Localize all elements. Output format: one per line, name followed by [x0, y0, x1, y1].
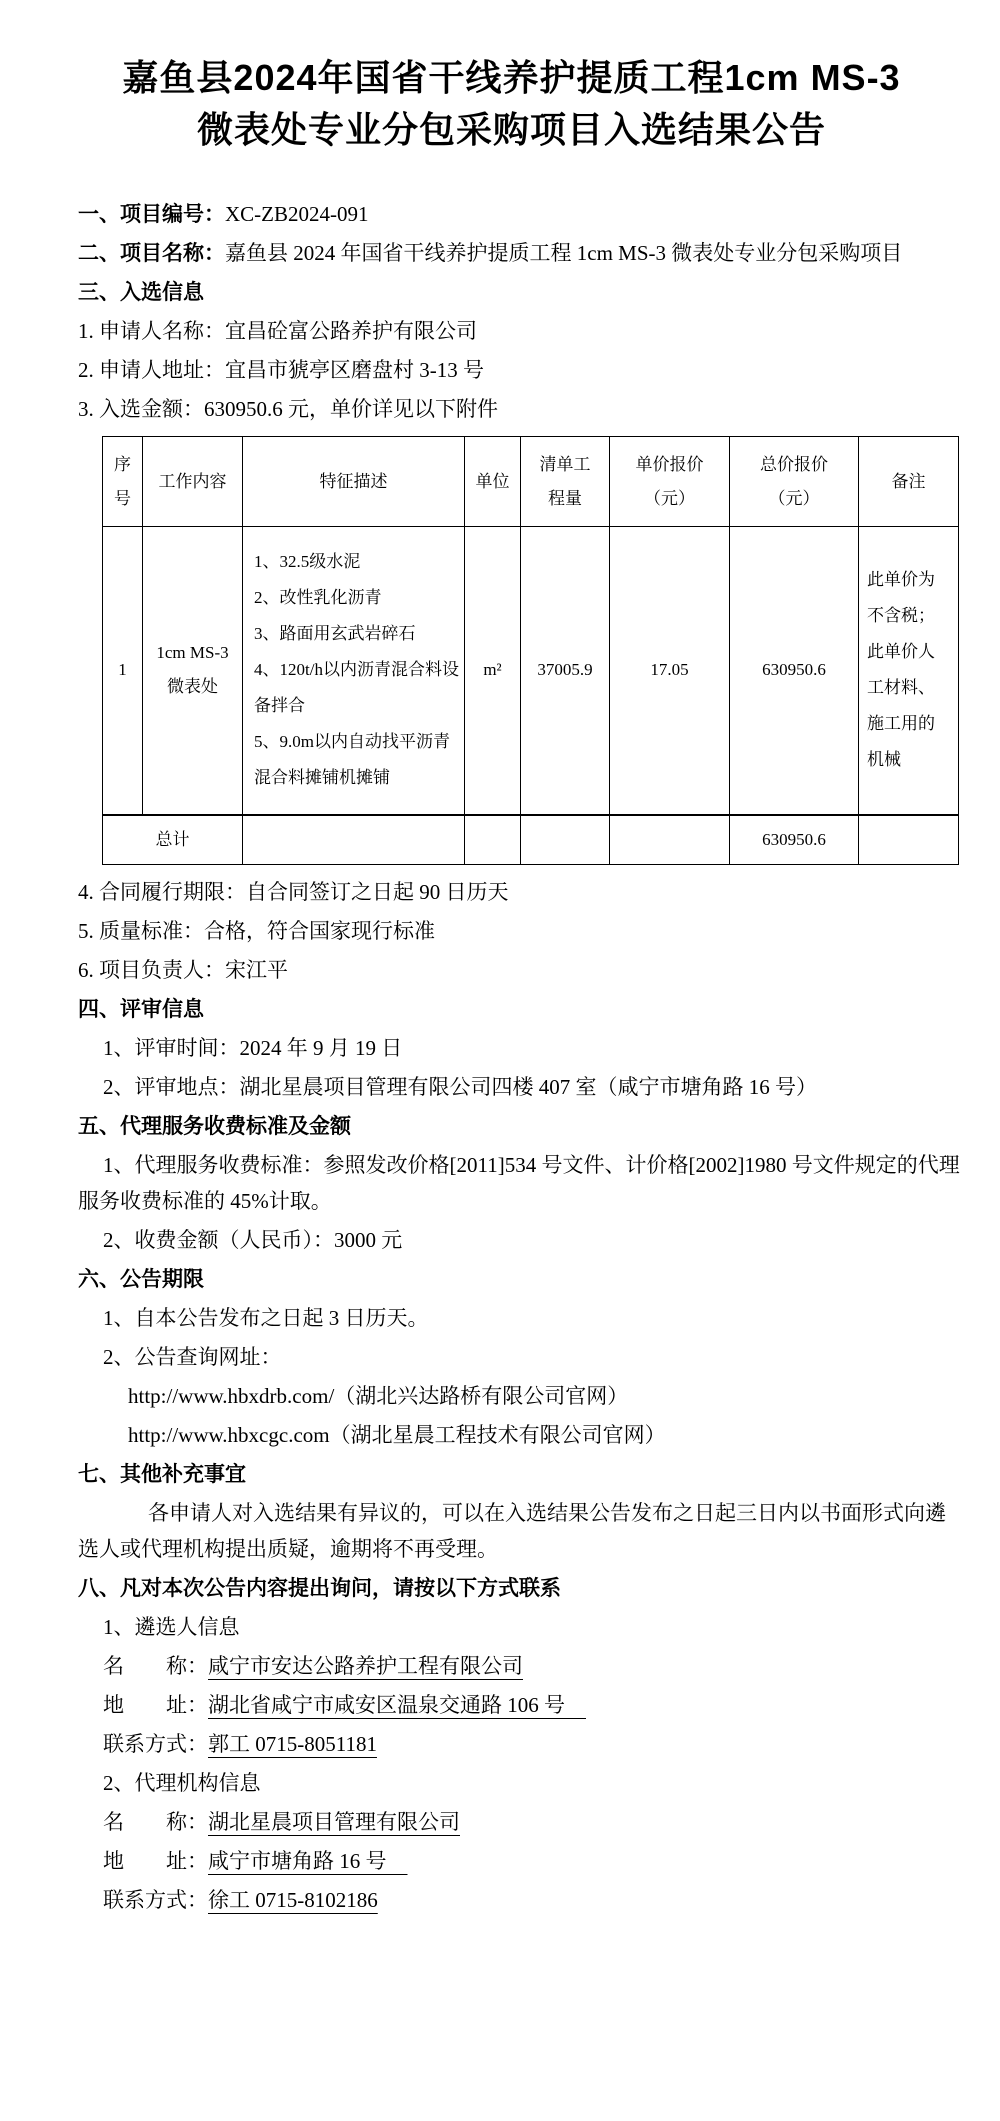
total-amount-cell: 630950.6 [730, 815, 859, 865]
applicant-address-line: 2. 申请人地址：宜昌市猇亭区磨盘村 3-13 号 [78, 352, 965, 388]
announcement-url-2: http://www.hbxcgc.com（湖北星晨工程技术有限公司官网） [78, 1417, 965, 1453]
project-number-line: 一、项目编号：XC-ZB2024-091 [78, 196, 965, 232]
agency-info-heading: 2、代理机构信息 [78, 1765, 965, 1801]
header-feature-desc: 特征描述 [243, 437, 465, 527]
selector-phone-line: 联系方式：郭工 0715-8051181 [78, 1726, 965, 1762]
total-empty-desc [243, 815, 465, 865]
header-seq: 序 号 [103, 437, 143, 527]
selector-address-value: 湖北省咸宁市咸安区温泉交通路 106 号 [208, 1693, 586, 1717]
table-total-row: 总计 630950.6 [103, 815, 959, 865]
agency-fee-standard-line: 1、代理服务收费标准：参照发改价格[2011]534 号文件、计价格[2002]… [78, 1147, 965, 1219]
review-time-line: 1、评审时间：2024 年 9 月 19 日 [78, 1030, 965, 1066]
selector-phone-label: 联系方式： [103, 1732, 208, 1756]
agency-name-value: 湖北星晨项目管理有限公司 [208, 1810, 460, 1834]
agency-phone-value: 徐工 0715-8102186 [208, 1888, 378, 1912]
total-empty-qty [521, 815, 610, 865]
project-number-value: XC-ZB2024-091 [225, 202, 369, 226]
table-header-row: 序 号 工作内容 特征描述 单位 清单工 程量 单价报价 （元） 总价报价 （元… [103, 437, 959, 527]
header-total-price: 总价报价 （元） [730, 437, 859, 527]
announcement-duration-line: 1、自本公告发布之日起 3 日历天。 [78, 1300, 965, 1336]
seq-cell: 1 [103, 527, 143, 815]
project-name-label: 二、项目名称： [78, 241, 225, 265]
contract-period-line: 4. 合同履行期限：自合同签订之日起 90 日历天 [78, 874, 965, 910]
work-content-cell: 1cm MS-3 微表处 [143, 527, 243, 815]
selector-name-label: 名 称： [103, 1654, 208, 1678]
selection-amount-line: 3. 入选金额：630950.6 元，单价详见以下附件 [78, 391, 965, 427]
selector-info-heading: 1、遴选人信息 [78, 1609, 965, 1645]
title-line-1: 嘉鱼县2024年国省干线养护提质工程1cm MS-3 [122, 57, 900, 98]
total-empty-unit-price [610, 815, 730, 865]
selector-name-line: 名 称：咸宁市安达公路养护工程有限公司 [78, 1648, 965, 1684]
announcement-url-1: http://www.hbxdrb.com/（湖北兴达路桥有限公司官网） [78, 1378, 965, 1414]
total-price-cell: 630950.6 [730, 527, 859, 815]
quantity-cell: 37005.9 [521, 527, 610, 815]
remark-cell: 此单价为不含税；此单价人工材料、施工用的机械 [859, 527, 959, 815]
total-empty-remark [859, 815, 959, 865]
agency-address-label: 地 址： [103, 1849, 208, 1873]
selector-address-line: 地 址：湖北省咸宁市咸安区温泉交通路 106 号 [78, 1687, 965, 1723]
agency-fee-heading: 五、代理服务收费标准及金额 [78, 1108, 965, 1144]
review-info-heading: 四、评审信息 [78, 991, 965, 1027]
review-location-line: 2、评审地点：湖北星晨项目管理有限公司四楼 407 室（咸宁市塘角路 16 号） [78, 1069, 965, 1105]
selector-name-value: 咸宁市安达公路养护工程有限公司 [208, 1654, 523, 1678]
project-name-value: 嘉鱼县 2024 年国省干线养护提质工程 1cm MS-3 微表处专业分包采购项… [225, 241, 902, 265]
fee-amount-line: 2、收费金额（人民币）：3000 元 [78, 1222, 965, 1258]
title-line-2: 微表处专业分包采购项目入选结果公告 [197, 109, 826, 150]
announcement-url-label-line: 2、公告查询网址： [78, 1339, 965, 1375]
project-number-label: 一、项目编号： [78, 202, 225, 226]
selector-address-label: 地 址： [103, 1693, 208, 1717]
announcement-period-heading: 六、公告期限 [78, 1261, 965, 1297]
selector-phone-value: 郭工 0715-8051181 [208, 1732, 377, 1756]
agency-address-value: 咸宁市塘角路 16 号 [208, 1849, 408, 1873]
objection-paragraph: 各申请人对入选结果有异议的，可以在入选结果公告发布之日起三日内以书面形式向遴选人… [78, 1495, 965, 1567]
total-label-cell: 总计 [103, 815, 243, 865]
header-unit-price: 单价报价 （元） [610, 437, 730, 527]
unit-price-cell: 17.05 [610, 527, 730, 815]
contact-section-heading: 八、凡对本次公告内容提出询问，请按以下方式联系 [78, 1570, 965, 1606]
announcement-document: 嘉鱼县2024年国省干线养护提质工程1cm MS-3 微表处专业分包采购项目入选… [0, 0, 1000, 2121]
agency-name-label: 名 称： [103, 1810, 208, 1834]
quality-standard-line: 5. 质量标准：合格，符合国家现行标准 [78, 913, 965, 949]
table-data-row: 1 1cm MS-3 微表处 1、32.5级水泥 2、改性乳化沥青 3、路面用玄… [103, 527, 959, 815]
selection-info-heading: 三、入选信息 [78, 274, 965, 310]
total-empty-unit [465, 815, 521, 865]
agency-phone-label: 联系方式： [103, 1888, 208, 1912]
unit-cell: m² [465, 527, 521, 815]
header-unit: 单位 [465, 437, 521, 527]
document-title: 嘉鱼县2024年国省干线养护提质工程1cm MS-3 微表处专业分包采购项目入选… [58, 52, 965, 156]
applicant-name-line: 1. 申请人名称：宜昌砼富公路养护有限公司 [78, 313, 965, 349]
header-quantity: 清单工 程量 [521, 437, 610, 527]
header-work-content: 工作内容 [143, 437, 243, 527]
header-remark: 备注 [859, 437, 959, 527]
price-table: 序 号 工作内容 特征描述 单位 清单工 程量 单价报价 （元） 总价报价 （元… [102, 436, 959, 865]
other-matters-heading: 七、其他补充事宜 [78, 1456, 965, 1492]
feature-desc-cell: 1、32.5级水泥 2、改性乳化沥青 3、路面用玄武岩碎石 4、120t/h以内… [243, 527, 465, 815]
agency-name-line: 名 称：湖北星晨项目管理有限公司 [78, 1804, 965, 1840]
agency-phone-line: 联系方式：徐工 0715-8102186 [78, 1882, 965, 1918]
project-name-line: 二、项目名称：嘉鱼县 2024 年国省干线养护提质工程 1cm MS-3 微表处… [78, 235, 965, 271]
agency-address-line: 地 址：咸宁市塘角路 16 号 [78, 1843, 965, 1879]
project-leader-line: 6. 项目负责人：宋江平 [78, 952, 965, 988]
